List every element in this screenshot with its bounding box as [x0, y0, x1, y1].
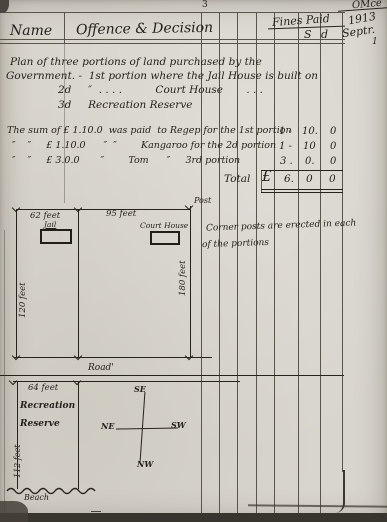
scan-blotch-bottom-left: [0, 501, 28, 522]
total-pounds: 6.: [284, 174, 294, 185]
corner-tick: [12, 204, 20, 212]
payment-row-3-pounds: 3 .: [280, 157, 293, 167]
reserve-name-line-2: Reserve: [20, 420, 60, 429]
payment-row-3-pence: 0: [330, 157, 336, 167]
corner-tick: [74, 204, 82, 212]
reserve-top-edge: [13, 381, 240, 382]
shillings-column-header: S: [304, 29, 312, 40]
plan-portion-divider: [78, 209, 79, 358]
corner-month: Septr.: [341, 24, 375, 39]
offence-column-header: Offence & Decision: [76, 21, 213, 37]
total-box-top: [261, 170, 343, 171]
beach-wavy-line: [6, 484, 98, 496]
road-lower-line: [0, 375, 344, 376]
paragraph-line-2: Government. - 1st portion where the Jail…: [6, 71, 318, 82]
corner-office-note: OMce: [352, 0, 383, 11]
ledger-document-page: 3 Name Offence & Decision Fines Paid S d…: [0, 0, 387, 522]
pound-sign: £: [262, 169, 272, 184]
post-label: Post: [194, 197, 211, 205]
jail-label: Jail: [44, 221, 56, 229]
payment-row-1-pounds: 1 -: [279, 127, 292, 137]
payment-row-3-shillings: 0.: [305, 157, 315, 167]
portion2-width-label: 95 feet: [106, 210, 136, 219]
corner-tick: [73, 377, 81, 385]
reserve-right-edge: [78, 381, 79, 489]
plan-bottom-edge: [14, 357, 212, 358]
page-left-border: [4, 230, 5, 514]
reserve-depth-label: 112 feet: [14, 445, 22, 478]
stray-dash: [91, 511, 101, 512]
scan-line-bottom-right: [248, 504, 387, 507]
road-label: Road': [88, 364, 114, 373]
depth-right-label: 180 feet: [179, 260, 188, 296]
jail-building: [40, 229, 72, 244]
reserve-width-label: 64 feet: [28, 384, 58, 393]
payment-row-1-shillings: 10.: [302, 127, 318, 137]
court-house-building: [150, 231, 180, 245]
column-divider-name: [64, 12, 65, 43]
total-pence: 0: [329, 174, 336, 185]
pence-column-header: d: [321, 29, 328, 40]
plan-right-edge: [190, 206, 191, 358]
compass-label-left: NE: [101, 422, 114, 430]
plan-left-edge: [16, 209, 17, 358]
corner-tick: [74, 352, 82, 360]
column-line-pounds: [274, 12, 275, 514]
compass-label-bottom: NW: [137, 460, 153, 468]
paragraph-line-4: 3d Recreation Reserve: [58, 100, 192, 111]
corner-tick: [12, 352, 20, 360]
payment-row-3-text: ″ ″ £ 3.0.0 ″ Tom ″ 3rd portion: [12, 156, 240, 166]
column-line-pence: [320, 12, 321, 514]
compass-horizontal-line: [116, 427, 178, 429]
payment-row-1-text: The sum of £ 1.10.0 was paid to Regep fo…: [7, 126, 292, 136]
beach-label: Beach: [24, 494, 49, 502]
rule-header-upper: [0, 39, 345, 40]
stray-mark: 3: [202, 1, 208, 10]
compass-vertical-line: [140, 392, 146, 462]
corner-day: 1: [372, 38, 378, 47]
corner-tick: [9, 377, 17, 385]
paragraph-line-3: 2d ″ . . . . Court House . . .: [58, 85, 263, 96]
total-label: Total: [224, 174, 250, 185]
column-line-right-edge: [342, 12, 343, 472]
payment-row-2-shillings: 10: [303, 142, 316, 152]
depth-left-label: 120 feet: [19, 282, 28, 318]
corner-posts-note-line-1: Corner posts are erected in each: [206, 219, 357, 233]
scan-edge-bottom: [0, 513, 387, 522]
total-shillings: 0: [306, 174, 313, 185]
payment-row-2-pence: 0: [330, 142, 336, 152]
name-column-header: Name: [10, 24, 52, 38]
total-box-bottom-1: [261, 189, 343, 190]
reserve-name-line-1: Recreation: [20, 402, 75, 411]
paragraph-line-1: Plan of three portions of land purchased…: [10, 57, 262, 68]
payment-row-1-pence: 0: [330, 127, 336, 137]
column-line-shillings: [298, 12, 299, 514]
compass-label-top: SE: [134, 385, 146, 393]
plan-top-edge: [16, 209, 191, 210]
rule-header-lower: [0, 43, 345, 44]
court-house-label: Court House: [140, 222, 188, 230]
total-box-bottom-2: [261, 192, 343, 193]
corner-tick: [185, 352, 193, 360]
rule-top: [0, 12, 345, 13]
compass-label-right: SW: [171, 421, 186, 429]
corner-posts-note-line-2: of the portions: [202, 239, 269, 250]
payment-row-2-pounds: 1 -: [279, 142, 292, 152]
payment-row-2-text: ″ ″ £ 1.10.0 ″ ″ Kangaroo for the 2d por…: [12, 141, 276, 151]
